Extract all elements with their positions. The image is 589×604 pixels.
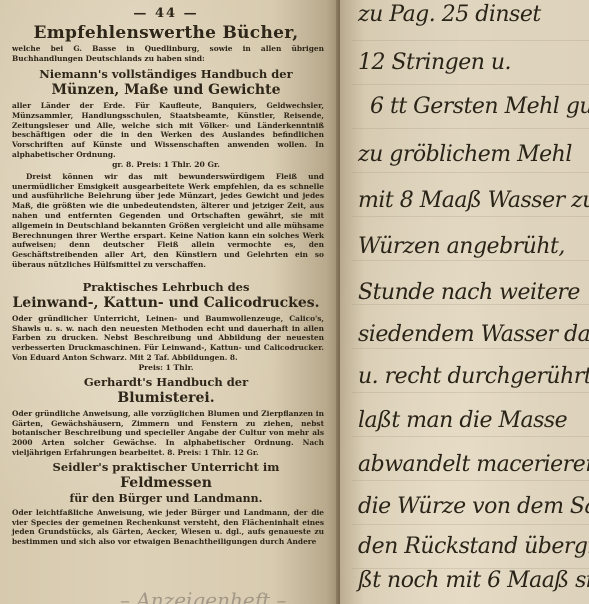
- page-number: — 44 —: [8, 6, 324, 21]
- ruled-line: [352, 260, 589, 261]
- book-title-line2: Münzen, Maße und Gewichte: [8, 82, 324, 99]
- handwritten-line: zu gröblichem Mehl: [358, 142, 572, 167]
- book-entry-seidler: Seidler's praktischer Unterricht im Feld…: [8, 460, 324, 547]
- handwritten-line: Würzen angebrüht,: [358, 234, 565, 259]
- book-entry-gerhardt: Gerhardt's Handbuch der Blumisterei. Ode…: [8, 375, 324, 458]
- book-title-line3: für den Bürger und Landmann.: [8, 492, 324, 506]
- pencil-annotation: – Anzeigenheft –: [120, 588, 286, 604]
- book-entry-leinwand: Praktisches Lehrbuch des Leinwand-, Katt…: [8, 280, 324, 373]
- ruled-line: [352, 480, 589, 481]
- book-description: Oder gründlicher Unterricht, Leinen- und…: [12, 314, 324, 363]
- ruled-line: [352, 524, 589, 525]
- ruled-line: [352, 172, 589, 173]
- ruled-line: [352, 436, 589, 437]
- ruled-line: [352, 348, 589, 349]
- handwritten-line: abwandelt macerieren u.: [358, 452, 589, 477]
- book-entry-niemann: Niemann's vollständiges Handbuch der Mün…: [8, 67, 324, 270]
- book-price: Preis: 1 Thlr.: [8, 363, 324, 373]
- handwritten-line: zu Pag. 25 dinset: [358, 2, 541, 27]
- book-spread: — 44 — Empfehlenswerthe Bücher, welche b…: [0, 0, 589, 604]
- book-title-line2: Blumisterei.: [8, 390, 324, 407]
- handwritten-line: 12 Stringen u.: [358, 50, 511, 75]
- handwritten-line: siedendem Wasser dazu: [358, 322, 589, 347]
- publisher-intro: welche bei G. Basse in Quedlinburg, sowi…: [12, 44, 324, 64]
- ruled-line: [352, 84, 589, 85]
- handwritten-line: ßt noch mit 6 Maaß sied: [358, 568, 589, 593]
- handwritten-line: die Würze von dem Satz: [358, 494, 589, 519]
- handwritten-line: den Rückstand übergie-: [358, 534, 589, 559]
- handwritten-line: laßt man die Masse: [358, 408, 567, 433]
- book-title-line1: Niemann's vollständiges Handbuch der: [8, 67, 324, 82]
- page-heading: Empfehlenswerthe Bücher,: [8, 23, 324, 43]
- book-title-line1: Seidler's praktischer Unterricht im: [8, 460, 324, 475]
- book-description: Oder gründliche Anweisung, alle vorzügli…: [12, 409, 324, 458]
- ruled-line: [352, 40, 589, 41]
- book-title-line1: Gerhardt's Handbuch der: [8, 375, 324, 390]
- handwritten-page-right: zu Pag. 25 dinset 12 Stringen u. 6 tt Ge…: [340, 0, 589, 604]
- handwritten-line: 6 tt Gersten Mehl gut: [370, 94, 589, 119]
- book-description: Oder leichtfaßliche Anweisung, wie jeder…: [12, 508, 324, 547]
- book-review: Dreist können wir das mit bewunderswürdi…: [12, 172, 324, 270]
- handwritten-line: mit 8 Maaß Wasser zu: [358, 188, 589, 213]
- ruled-line: [352, 216, 589, 217]
- book-price: gr. 8. Preis: 1 Thlr. 20 Gr.: [8, 160, 324, 170]
- book-title-line1: Praktisches Lehrbuch des: [8, 280, 324, 295]
- book-title-line2: Feldmessen: [8, 475, 324, 492]
- printed-page-left: — 44 — Empfehlenswerthe Bücher, welche b…: [0, 0, 340, 604]
- book-description: aller Länder der Erde. Für Kaufleute, Ba…: [12, 101, 324, 160]
- ruled-line: [352, 392, 589, 393]
- handwritten-line: Stunde nach weitere: [358, 280, 580, 305]
- handwritten-line: u. recht durchgerührt: [358, 364, 589, 389]
- book-title-line2: Leinwand-, Kattun- und Calicodruckes.: [8, 295, 324, 312]
- ruled-line: [352, 128, 589, 129]
